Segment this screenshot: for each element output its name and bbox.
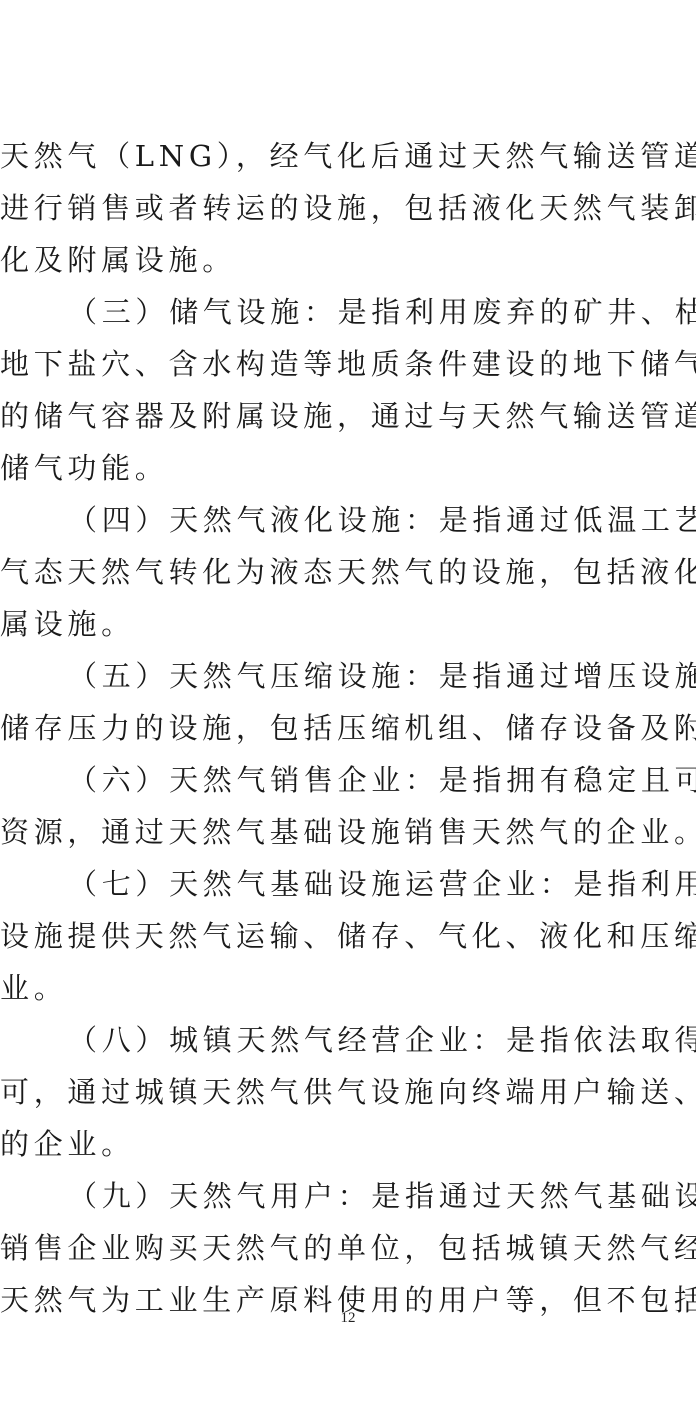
paragraph-6-start: （六）天然气销售企业：是指拥有稳定且可供的天然气 <box>68 760 696 800</box>
text-line: 气态天然气转化为液态天然气的设施，包括液化、储存及附 <box>0 552 696 592</box>
text-line: 地下盐穴、含水构造等地质条件建设的地下储气空间和建造 <box>0 344 696 384</box>
text-line: 属设施。 <box>0 604 696 644</box>
paragraph-8-start: （八）城镇天然气经营企业：是指依法取得燃气经营许 <box>68 1020 696 1060</box>
text-line: 化及附属设施。 <box>0 240 696 280</box>
paragraph-4-start: （四）天然气液化设施：是指通过低温工艺或者压差将 <box>68 500 696 540</box>
paragraph-3-start: （三）储气设施：是指利用废弃的矿井、枯竭的油气藏、 <box>68 292 696 332</box>
text-line: 天然气（LNG），经气化后通过天然气输送管道或者未经气化 <box>0 136 696 176</box>
paragraph-9-start: （九）天然气用户：是指通过天然气基础设施向天然气 <box>68 1176 696 1216</box>
text-line: 设施提供天然气运输、储存、气化、液化和压缩等服务的企 <box>0 916 696 956</box>
text-line: 的企业。 <box>0 1124 696 1164</box>
text-line: 可，通过城镇天然气供气设施向终端用户输送、销售天然气 <box>0 1072 696 1112</box>
text-line: 储存压力的设施，包括压缩机组、储存设备及附属设施。 <box>0 708 696 748</box>
text-line: 储气功能。 <box>0 448 696 488</box>
text-line: 资源，通过天然气基础设施销售天然气的企业。 <box>0 812 696 852</box>
text-line: 进行销售或者转运的设施，包括液化天然气装卸、存储、气 <box>0 188 696 228</box>
text-line: 的储气容器及附属设施，通过与天然气输送管道相连接实现 <box>0 396 696 436</box>
text-line: 销售企业购买天然气的单位，包括城镇天然气经营企业和以 <box>0 1228 696 1268</box>
text-line: 业。 <box>0 968 696 1008</box>
page-number: 12 <box>0 1310 696 1327</box>
paragraph-7-start: （七）天然气基础设施运营企业：是指利用天然气基础 <box>68 864 696 904</box>
paragraph-5-start: （五）天然气压缩设施：是指通过增压设施提高天然气 <box>68 656 696 696</box>
document-page: 天然气（LNG），经气化后通过天然气输送管道或者未经气化 进行销售或者转运的设施… <box>0 0 696 1415</box>
